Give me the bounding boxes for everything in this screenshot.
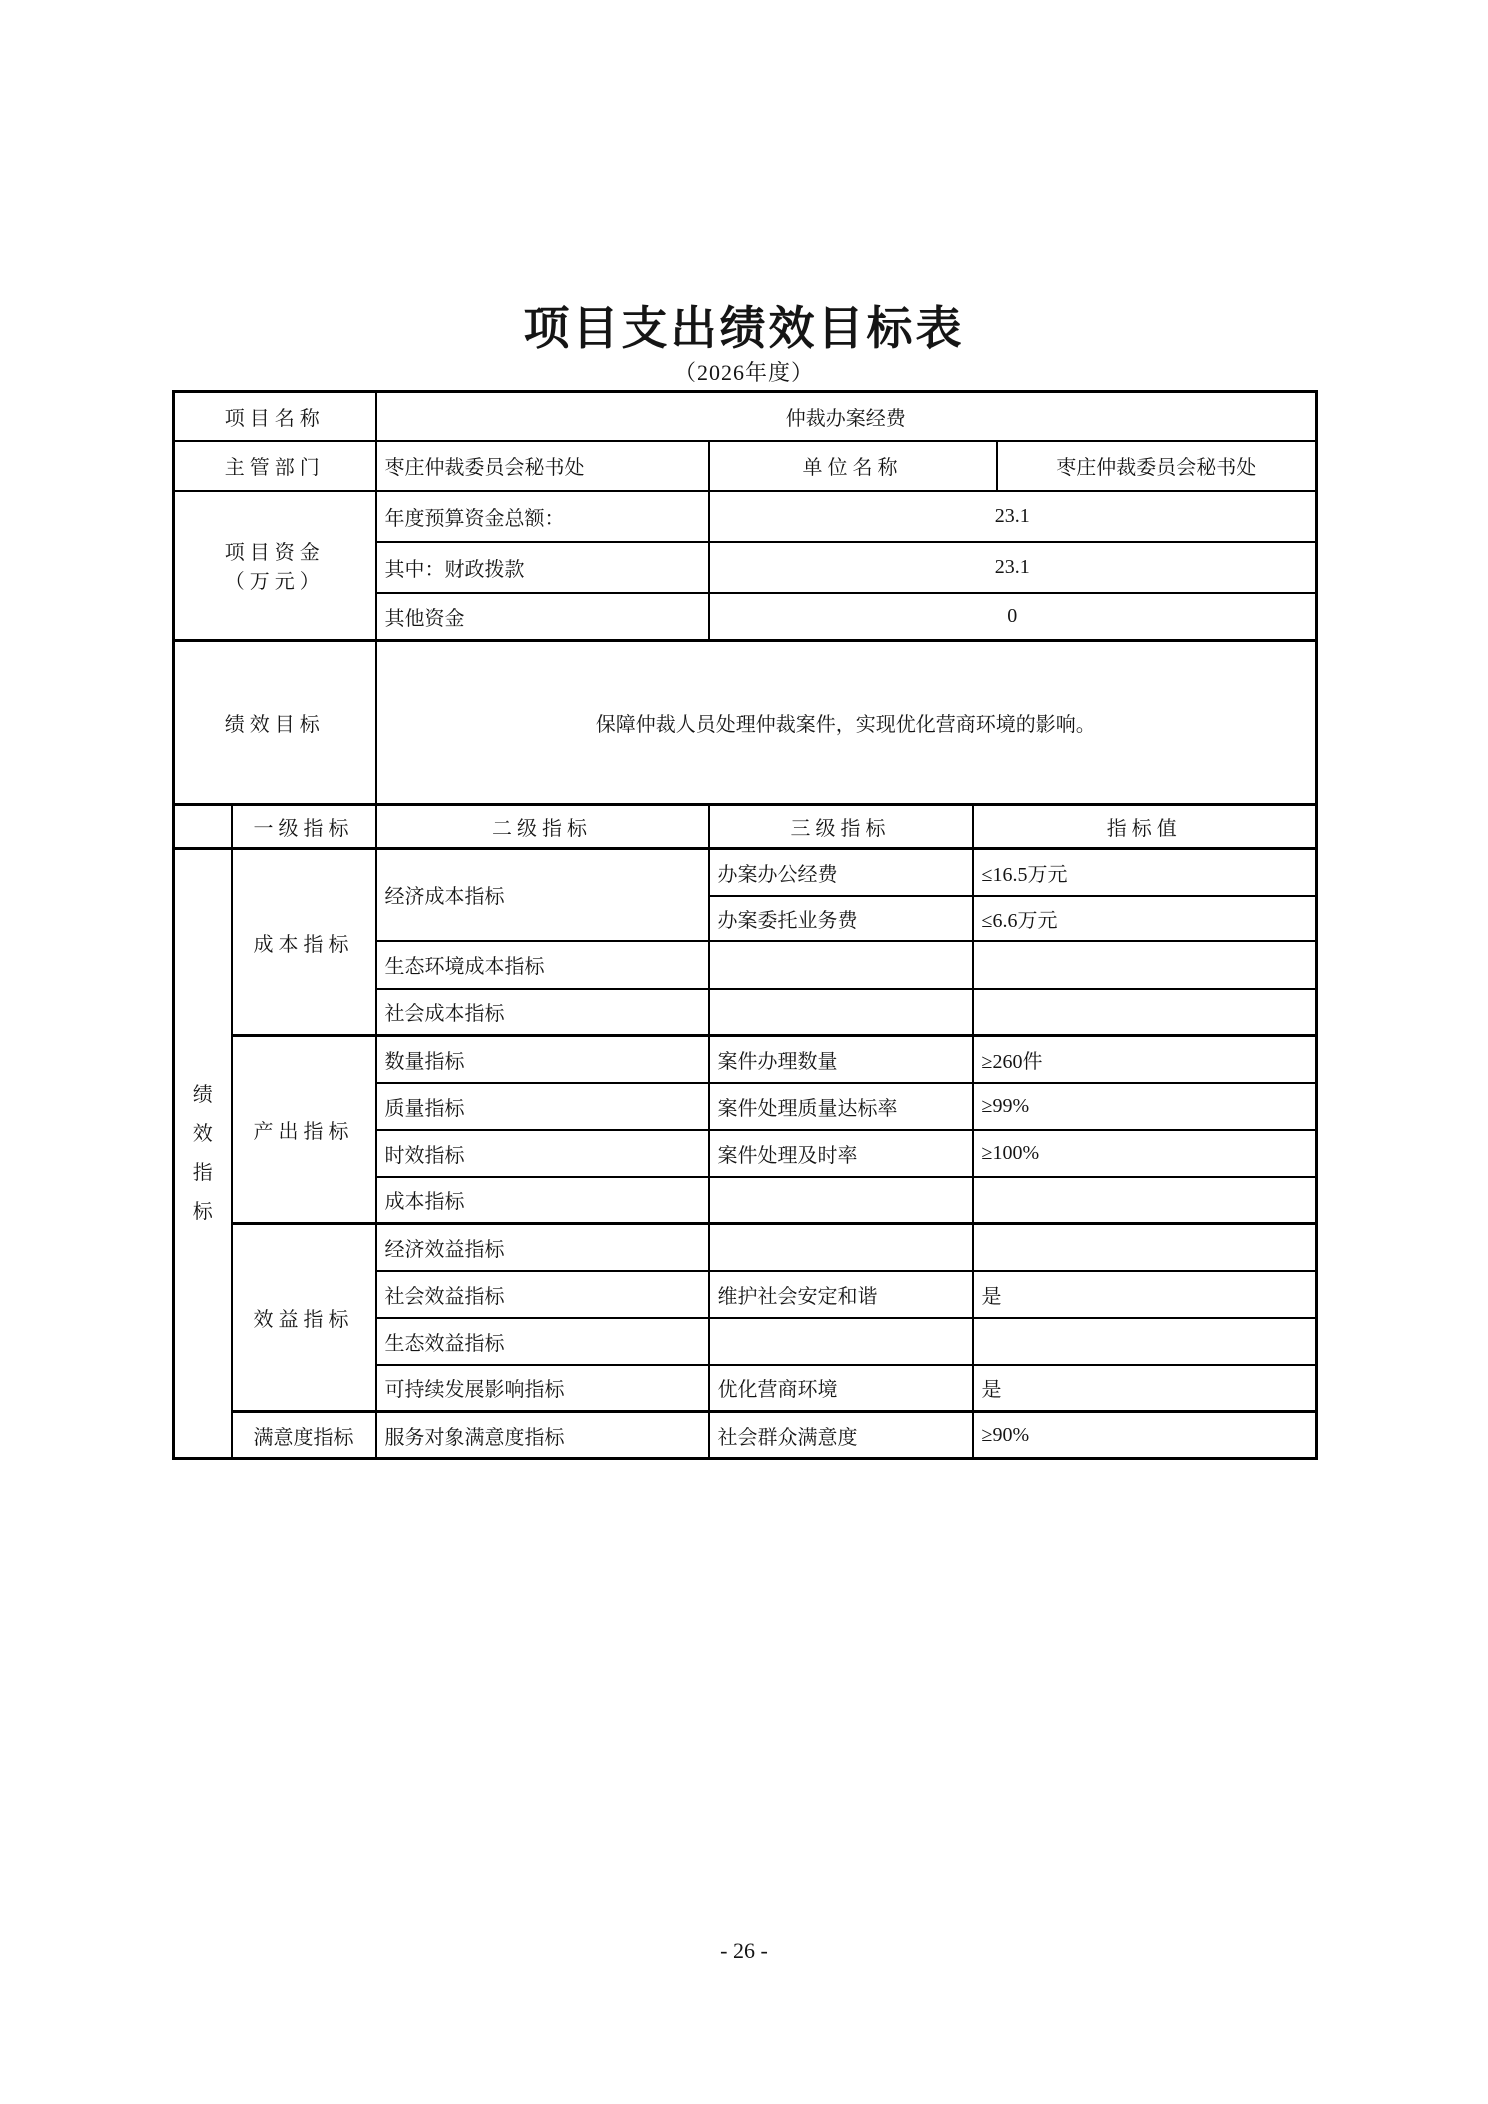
- indicator-l3: 社会群众满意度: [709, 1412, 973, 1459]
- indicator-l2: 数量指标: [376, 1036, 709, 1083]
- indicator-value-empty: [973, 1318, 1317, 1365]
- page-number: - 26 -: [0, 1938, 1488, 1964]
- group-benefit-label: 效益指标: [232, 1224, 376, 1412]
- funds-fiscal-value: 23.1: [709, 542, 1317, 593]
- page-title: 项目支出绩效目标表: [0, 292, 1488, 358]
- indicator-l3-empty: [709, 941, 973, 989]
- indicator-l3-empty: [709, 989, 973, 1036]
- indicator-l2: 经济效益指标: [376, 1224, 709, 1271]
- indicator-l2: 经济成本指标: [376, 849, 709, 941]
- indicator-value-empty: [973, 1224, 1317, 1271]
- header-level3: 三级指标: [709, 805, 973, 849]
- indicator-value-empty: [973, 989, 1317, 1036]
- indicator-value: ≥260件: [973, 1036, 1317, 1083]
- indicator-l3-empty: [709, 1177, 973, 1224]
- project-name-label: 项目名称: [174, 392, 376, 441]
- document-page: 项目支出绩效目标表 （2026年度） 项目名称 仲裁办案经费 主管部门 枣庄仲裁…: [0, 0, 1488, 2104]
- indicator-l3: 案件处理质量达标率: [709, 1083, 973, 1130]
- performance-target-table: 项目名称 仲裁办案经费 主管部门 枣庄仲裁委员会秘书处 单位名称 枣庄仲裁委员会…: [172, 390, 1318, 1460]
- group-satisfaction-label: 满意度指标: [232, 1412, 376, 1459]
- funds-fiscal-label: 其中：财政拨款: [376, 542, 709, 593]
- indicator-l2: 可持续发展影响指标: [376, 1365, 709, 1412]
- indicator-l2: 生态效益指标: [376, 1318, 709, 1365]
- unit-label: 单位名称: [709, 441, 997, 491]
- department-value: 枣庄仲裁委员会秘书处: [376, 441, 709, 491]
- indicator-l2: 质量指标: [376, 1083, 709, 1130]
- indicator-value: 是: [973, 1365, 1317, 1412]
- indicator-value: 是: [973, 1271, 1317, 1318]
- indicator-value: ≤6.6万元: [973, 896, 1317, 941]
- project-name-value: 仲裁办案经费: [376, 392, 1317, 441]
- header-level1: 一级指标: [232, 805, 376, 849]
- header-value: 指标值: [973, 805, 1317, 849]
- group-output-label: 产出指标: [232, 1036, 376, 1224]
- indicator-value: ≤16.5万元: [973, 849, 1317, 896]
- indicator-value-empty: [973, 1177, 1317, 1224]
- indicator-l2: 社会效益指标: [376, 1271, 709, 1318]
- indicator-l3: 维护社会安定和谐: [709, 1271, 973, 1318]
- funds-other-value: 0: [709, 593, 1317, 641]
- indicator-l2: 生态环境成本指标: [376, 941, 709, 989]
- indicators-side-label: 绩 效 指 标: [174, 849, 232, 1459]
- indicator-l2: 成本指标: [376, 1177, 709, 1224]
- goal-value: 保障仲裁人员处理仲裁案件，实现优化营商环境的影响。: [376, 641, 1317, 805]
- group-cost-label: 成本指标: [232, 849, 376, 1036]
- page-subtitle: （2026年度）: [0, 356, 1488, 387]
- indicator-value-empty: [973, 941, 1317, 989]
- indicator-l3: 优化营商环境: [709, 1365, 973, 1412]
- indicator-l3: 办案办公经费: [709, 849, 973, 896]
- funds-label: 项目资金 （万元）: [174, 491, 376, 641]
- indicator-l2: 社会成本指标: [376, 989, 709, 1036]
- header-level2: 二级指标: [376, 805, 709, 849]
- indicator-l3: 案件办理数量: [709, 1036, 973, 1083]
- indicator-value: ≥90%: [973, 1412, 1317, 1459]
- indicator-value: ≥100%: [973, 1130, 1317, 1177]
- goal-label: 绩效目标: [174, 641, 376, 805]
- department-label: 主管部门: [174, 441, 376, 491]
- indicator-l3: 办案委托业务费: [709, 896, 973, 941]
- indicator-corner-cell: [174, 805, 232, 849]
- indicator-l2: 服务对象满意度指标: [376, 1412, 709, 1459]
- indicator-l3-empty: [709, 1224, 973, 1271]
- indicator-value: ≥99%: [973, 1083, 1317, 1130]
- funds-total-value: 23.1: [709, 491, 1317, 542]
- indicator-l3: 案件处理及时率: [709, 1130, 973, 1177]
- indicator-l3-empty: [709, 1318, 973, 1365]
- unit-value: 枣庄仲裁委员会秘书处: [997, 441, 1317, 491]
- funds-total-label: 年度预算资金总额：: [376, 491, 709, 542]
- indicator-l2: 时效指标: [376, 1130, 709, 1177]
- funds-other-label: 其他资金: [376, 593, 709, 641]
